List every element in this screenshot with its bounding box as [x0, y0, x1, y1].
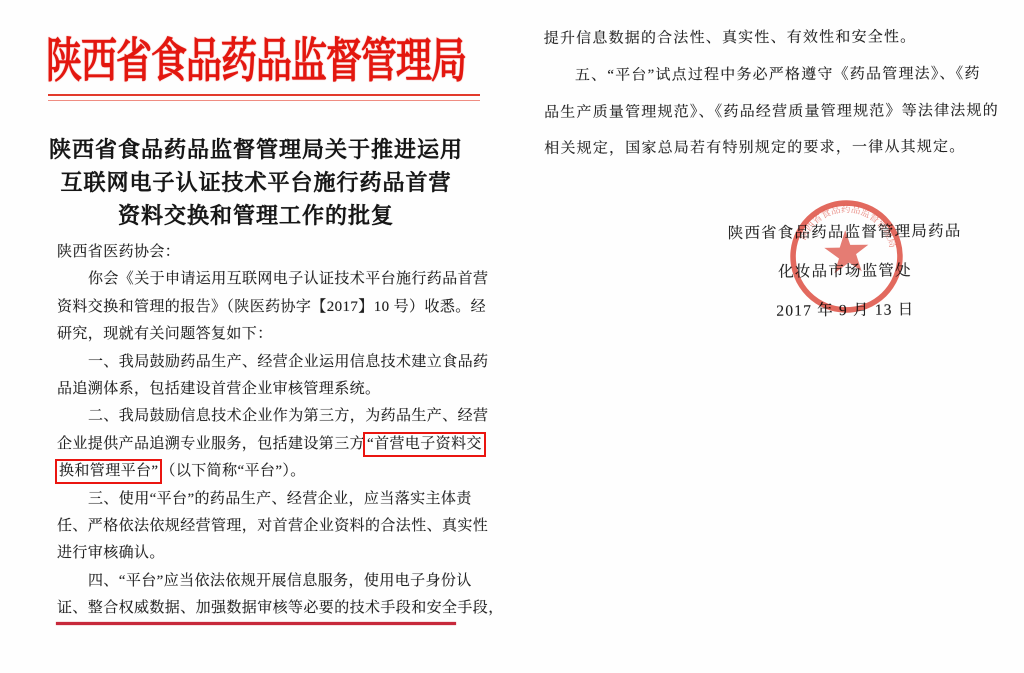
- paragraph-3-line-3: 换和管理平台”（以下简称“平台”）。: [57, 458, 469, 485]
- red-highlight-box-2: 换和管理平台”: [55, 459, 162, 484]
- document-title-line-2: 互联网电子认证技术平台施行药品首营: [30, 166, 482, 199]
- paragraph-3-line-2-text: 企业提供产品追溯专业服务，包括建设第三方: [57, 436, 365, 452]
- paragraph-1-line-3: 研究，现就有关问题答复如下：: [57, 321, 469, 348]
- paragraph-4-line-3: 进行审核确认。: [57, 540, 469, 567]
- letterhead-red-rule: [48, 94, 480, 101]
- paragraph-5-line-2: 证、整合权威数据、加强数据审核等必要的技术手段和安全手段，: [57, 595, 469, 622]
- seal-star-icon: [822, 228, 870, 276]
- paragraph-5-line-1: 四、“平台”应当依法依规开展信息服务，使用电子身份认: [57, 568, 469, 595]
- document-title-line-1: 陕西省食品药品监督管理局关于推进运用: [30, 133, 482, 166]
- red-highlight-box-1: “首营电子资料交: [363, 432, 486, 457]
- scanned-official-document: 陕西省食品药品监督管理局 陕西省食品药品监督管理局关于推进运用 互联网电子认证技…: [0, 0, 1024, 673]
- document-title-line-3: 资料交换和管理工作的批复: [30, 199, 482, 232]
- paragraph-6-line-3: 相关规定，国家总局若有特别规定的要求，一律从其规定。: [544, 129, 1006, 168]
- left-page-body: 陕西省医药协会： 你会《关于申请运用互联网电子认证技术平台施行药品首营 资料交换…: [57, 239, 469, 623]
- paragraph-1-line-2: 资料交换和管理的报告》（陕医药协字【2017】10 号）收悉。经: [57, 294, 469, 321]
- paragraph-4-line-1: 三、使用“平台”的药品生产、经营企业，应当落实主体责: [57, 486, 469, 513]
- paragraph-4-line-2: 任、严格依法依规经营管理，对首营企业资料的合法性、真实性: [57, 513, 469, 540]
- document-title: 陕西省食品药品监督管理局关于推进运用 互联网电子认证技术平台施行药品首营 资料交…: [30, 133, 482, 232]
- paragraph-5-continuation: 提升信息数据的合法性、真实性、有效性和安全性。: [544, 19, 1006, 58]
- paragraph-2-line-2: 品追溯体系，包括建设首营企业审核管理系统。: [57, 376, 469, 403]
- paragraph-6-line-1: 五、“平台”试点过程中务必严格遵守《药品管理法》、《药: [544, 56, 1006, 95]
- paragraph-3-line-3-text: （以下简称“平台”）。: [160, 463, 305, 479]
- agency-letterhead: 陕西省食品药品监督管理局: [30, 24, 482, 91]
- official-seal: 陕西省食品药品监督管理局: [780, 190, 913, 323]
- paragraph-3-line-1: 二、我局鼓励信息技术企业作为第三方，为药品生产、经营: [57, 403, 469, 430]
- paragraph-1-line-1: 你会《关于申请运用互联网电子认证技术平台施行药品首营: [57, 266, 469, 293]
- paragraph-3-line-2: 企业提供产品追溯专业服务，包括建设第三方“首营电子资料交: [57, 431, 469, 458]
- page-bottom-red-rule: [56, 622, 456, 625]
- paragraph-6-line-2: 品生产质量管理规范》、《药品经营质量管理规范》等法律法规的: [544, 93, 1006, 132]
- paragraph-2-line-1: 一、我局鼓励药品生产、经营企业运用信息技术建立食品药: [57, 349, 469, 376]
- right-page-body: 提升信息数据的合法性、真实性、有效性和安全性。 五、“平台”试点过程中务必严格遵…: [544, 19, 1007, 168]
- salutation: 陕西省医药协会：: [57, 239, 469, 266]
